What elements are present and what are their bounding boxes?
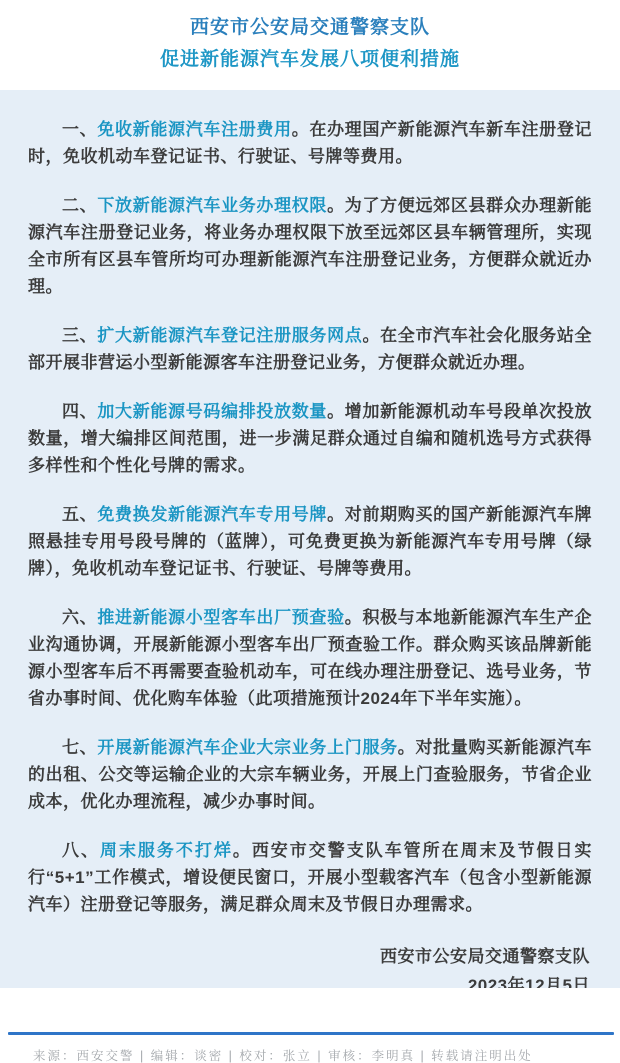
measure-7: 七、开展新能源汽车企业大宗业务上门服务。对批量购买新能源汽车的出租、公交等运输企… [28,734,592,815]
measure-1-number: 一、 [62,120,97,139]
measure-3-number: 三、 [62,326,97,345]
document-title-line-1: 西安市公安局交通警察支队 [0,13,620,43]
measure-4-heading: 加大新能源号码编排投放数量 [97,402,327,421]
signature-organization: 西安市公安局交通警察支队 [28,942,590,971]
measure-6-number: 六、 [62,608,97,627]
measures-panel: 一、免收新能源汽车注册费用。在办理国产新能源汽车新车注册登记时，免收机动车登记证… [0,90,620,988]
measure-2: 二、下放新能源汽车业务办理权限。为了方便远郊区县群众办理新能源汽车注册登记业务，… [28,192,592,300]
measure-4: 四、加大新能源号码编排投放数量。增加新能源机动车号段单次投放数量，增大编排区间范… [28,398,592,479]
measure-2-number: 二、 [62,196,97,215]
measure-7-heading: 开展新能源汽车企业大宗业务上门服务 [97,738,397,757]
measure-4-number: 四、 [62,402,97,421]
measure-8-number: 八、 [62,841,100,860]
signature-date: 2023年12月5日 [28,971,590,988]
measure-6: 六、推进新能源小型客车出厂预查验。积极与本地新能源汽车生产企业沟通协调，开展新能… [28,604,592,712]
credits-line: 来源：西安交警 | 编辑：谈密 | 校对：张立 | 审核：李明真 | 转载请注明… [0,1035,620,1063]
measure-8: 八、周末服务不打烊。西安市交警支队车管所在周末及节假日实行“5+1”工作模式，增… [28,837,592,918]
measure-6-heading: 推进新能源小型客车出厂预查验 [97,608,344,627]
announcement-page: { "title": { "line1": "西安市公安局交通警察支队", "l… [0,0,620,1063]
measure-3: 三、扩大新能源汽车登记注册服务网点。在全市汽车社会化服务站全部开展非营运小型新能… [28,322,592,376]
signature-block: 西安市公安局交通警察支队 2023年12月5日 [28,942,592,988]
footer-area: 来源：西安交警 | 编辑：谈密 | 校对：张立 | 审核：李明真 | 转载请注明… [0,1032,620,1063]
measure-5-number: 五、 [62,505,97,524]
measure-7-number: 七、 [62,738,97,757]
measure-8-heading: 周末服务不打烊 [100,841,233,860]
document-header: 西安市公安局交通警察支队 促进新能源汽车发展八项便利措施 [0,0,620,90]
measure-1-heading: 免收新能源汽车注册费用 [97,120,291,139]
measure-2-heading: 下放新能源汽车业务办理权限 [97,196,327,215]
measure-5-heading: 免费换发新能源汽车专用号牌 [97,505,327,524]
measure-5: 五、免费换发新能源汽车专用号牌。对前期购买的国产新能源汽车牌照悬挂专用号段号牌的… [28,501,592,582]
document-title-line-2: 促进新能源汽车发展八项便利措施 [0,45,620,75]
measure-3-heading: 扩大新能源汽车登记注册服务网点 [97,326,362,345]
measure-1: 一、免收新能源汽车注册费用。在办理国产新能源汽车新车注册登记时，免收机动车登记证… [28,116,592,170]
